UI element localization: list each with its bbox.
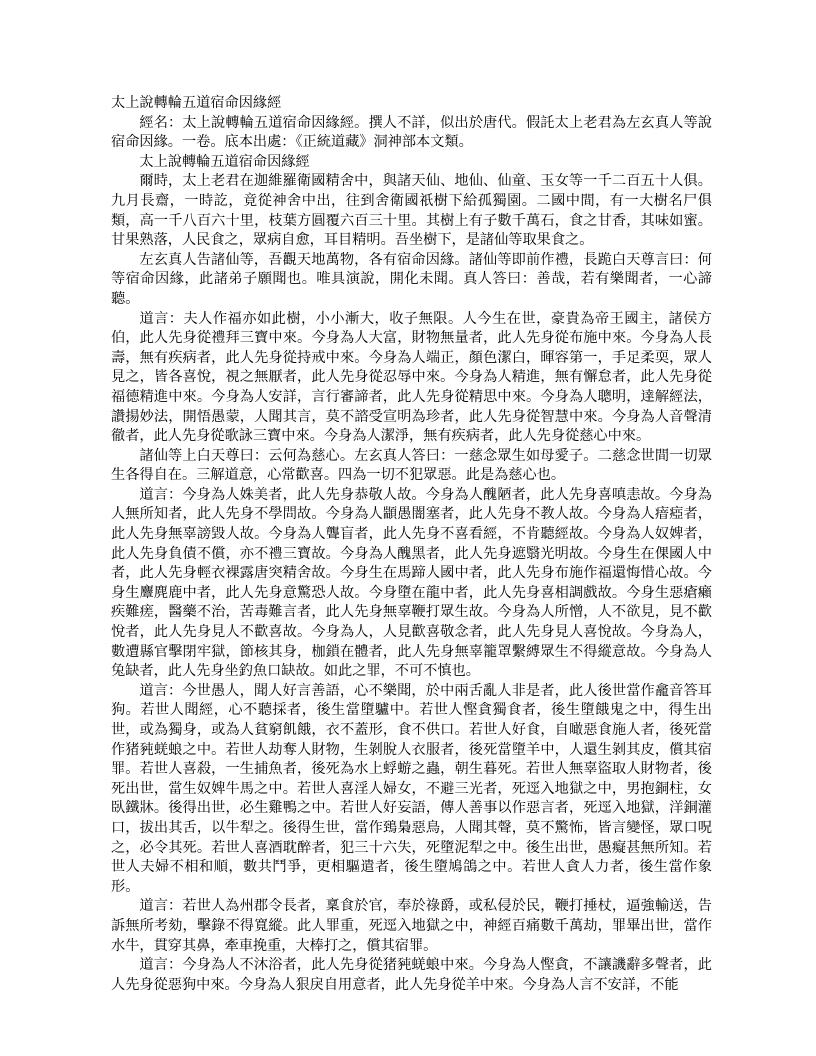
paragraph-scripture-note: 經名：太上說轉輪五道宿命因緣經。撰人不詳，似出於唐代。假託太上老君為左玄真人等說…: [111, 114, 712, 153]
paragraph-dao-yan-3: 道言：今世愚人，聞人好言善語，心不樂聞，於中兩舌亂人非是者，此人後世當作龕音答耳…: [111, 682, 712, 898]
paragraph-dao-yan-2: 道言：今身為人姝美者，此人先身恭敬人故。今身為人醜陋者，此人先身喜嗔恚故。今身為…: [111, 486, 712, 682]
paragraph-opening: 爾時，太上老君在迦維羅衛國精舍中，與諸天仙、地仙、仙童、玉女等一千二百五十人俱。…: [111, 172, 712, 250]
paragraph-compassion: 諸仙等上白天尊曰：云何為慈心。左玄真人答曰：一慈念眾生如母愛子。二慈念世間一切眾…: [111, 447, 712, 486]
paragraph-dao-yan-4: 道言：若世人為州郡令長者，稟食於官，奉於祿爵，或私侵於民，鞭打捶杖，逼強輸送，告…: [111, 897, 712, 956]
paragraph-dao-yan-5: 道言：今身為人不沐浴者，此人先身從猪豘蜣蜋中來。今身為人慳貪，不讓譏辭多聲者，此…: [111, 956, 712, 995]
paragraph-dao-yan-1: 道言：夫人作福亦如此樹，小小漸大，收子無限。人今生在世，豪貴為帝王國主，諸侯方伯…: [111, 310, 712, 447]
document-title: 太上說轉輪五道宿命因緣經: [111, 94, 712, 114]
paragraph-zuoxuan-question: 左玄真人告諸仙等，吾觀天地萬物，各有宿命因緣。諸仙等即前作禮，長跪白天尊言曰：何…: [111, 251, 712, 310]
paragraph-scripture-heading: 太上說轉輪五道宿命因緣經: [111, 153, 712, 173]
document-page: 太上說轉輪五道宿命因緣經 經名：太上說轉輪五道宿命因緣經。撰人不詳，似出於唐代。…: [111, 94, 712, 995]
